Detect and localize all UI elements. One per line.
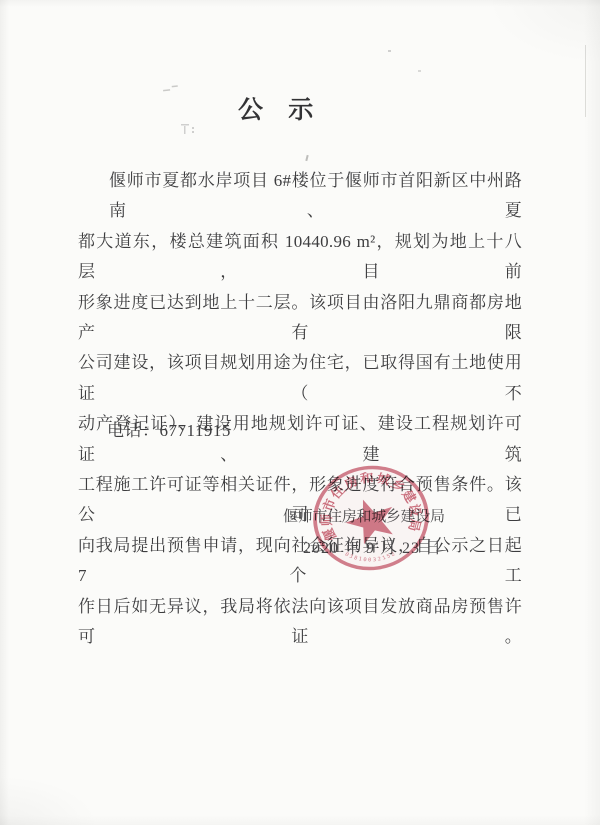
body-line: 向我局提出预售申请，现向社会征询异议，自公示之日起 7 个工 [78, 531, 522, 592]
scan-artifact [388, 50, 391, 52]
scan-artifact [305, 155, 308, 161]
body-line: 形象进度已达到地上十二层。该项目由洛阳九鼎商都房地产有限 [78, 288, 522, 349]
notice-title: 公 示 [238, 90, 320, 126]
body-paragraph: 偃师市夏都水岸项目 6#楼位于偃师市首阳新区中州路南、夏 都大道东，楼总建筑面积… [78, 166, 522, 653]
document-page: 公 示 偃师市夏都水岸项目 6#楼位于偃师市首阳新区中州路南、夏 都大道东，楼总… [0, 0, 600, 825]
scan-artifact [181, 122, 195, 134]
phone-line: 电话：67711915 [107, 416, 231, 441]
body-line: 公司建设，该项目规划用途为住宅，已取得国有土地使用证（不 [78, 348, 522, 409]
body-line: 偃师市夏都水岸项目 6#楼位于偃师市首阳新区中州路南、夏 [78, 166, 522, 227]
scan-artifact [163, 85, 180, 93]
body-line: 都大道东，楼总建筑面积 10440.96 m²，规划为地上十八层，目前 [78, 227, 522, 288]
scan-artifact [585, 45, 586, 117]
body-line: 作日后如无异议，我局将依法向该项目发放商品房预售许可证。 [78, 592, 522, 653]
official-seal: 偃师市住房和城乡建设局 03810032152 [304, 456, 438, 580]
